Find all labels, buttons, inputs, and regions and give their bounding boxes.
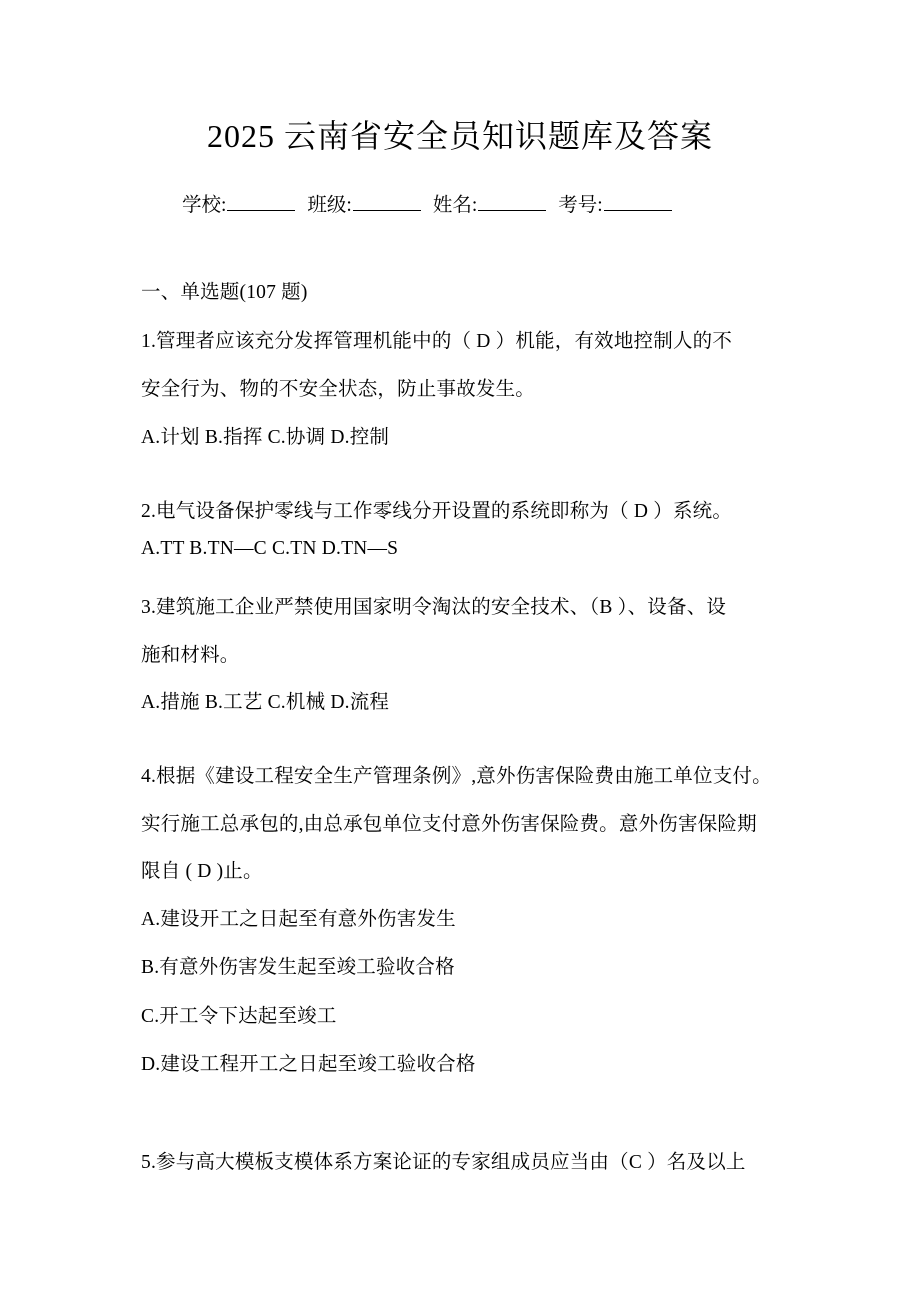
- school-field: 学校:: [182, 192, 295, 219]
- school-blank: [227, 192, 295, 211]
- question-4-option-b: B.有意外伤害发生起至竣工验收合格: [141, 956, 455, 980]
- question-3-options: A.措施 B.工艺 C.机械 D.流程: [141, 691, 389, 715]
- question-4-option-a: A.建设开工之日起至有意外伤害发生: [141, 908, 456, 932]
- question-3-line-1: 3.建筑施工企业严禁使用国家明令淘汰的安全技术、（B ）、设备、设: [141, 596, 726, 620]
- question-2-options: A.TT B.TN—C C.TN D.TN—S: [141, 537, 398, 561]
- exam-number-field: 考号:: [558, 192, 671, 219]
- school-label: 学校:: [182, 193, 226, 219]
- name-label: 姓名:: [433, 193, 477, 219]
- name-blank: [478, 192, 546, 211]
- question-4-line-2: 实行施工总承包的,由总承包单位支付意外伤害保险费。意外伤害保险期: [141, 813, 757, 837]
- class-blank: [353, 192, 421, 211]
- document-title: 2025 云南省安全员知识题库及答案: [0, 116, 920, 156]
- question-3-line-2: 施和材料。: [141, 644, 240, 668]
- question-4-option-c: C.开工令下达起至竣工: [141, 1005, 337, 1029]
- question-1-options: A.计划 B.指挥 C.协调 D.控制: [141, 426, 389, 450]
- question-4-option-d: D.建设工程开工之日起至竣工验收合格: [141, 1053, 476, 1077]
- question-1-line-1: 1.管理者应该充分发挥管理机能中的（ D ）机能，有效地控制人的不: [141, 330, 732, 354]
- question-1-line-2: 安全行为、物的不安全状态，防止事故发生。: [141, 378, 535, 402]
- student-info-row: 学校: 班级: 姓名: 考号:: [182, 192, 672, 219]
- section-heading: 一、单选题(107 题): [141, 281, 308, 305]
- exam-number-label: 考号:: [558, 193, 602, 219]
- question-2-line-1: 2.电气设备保护零线与工作零线分开设置的系统即称为（ D ）系统。: [141, 500, 732, 524]
- question-5-line-1: 5.参与高大模板支模体系方案论证的专家组成员应当由（C ）名及以上: [141, 1151, 746, 1175]
- class-field: 班级:: [307, 192, 420, 219]
- question-4-line-3: 限自 ( D )止。: [141, 860, 263, 884]
- class-label: 班级:: [307, 193, 351, 219]
- exam-number-blank: [604, 192, 672, 211]
- document-page: 2025 云南省安全员知识题库及答案 学校: 班级: 姓名: 考号: 一、单选题…: [0, 0, 920, 1302]
- name-field: 姓名:: [433, 192, 546, 219]
- question-4-line-1: 4.根据《建设工程安全生产管理条例》,意外伤害保险费由施工单位支付。: [141, 765, 772, 789]
